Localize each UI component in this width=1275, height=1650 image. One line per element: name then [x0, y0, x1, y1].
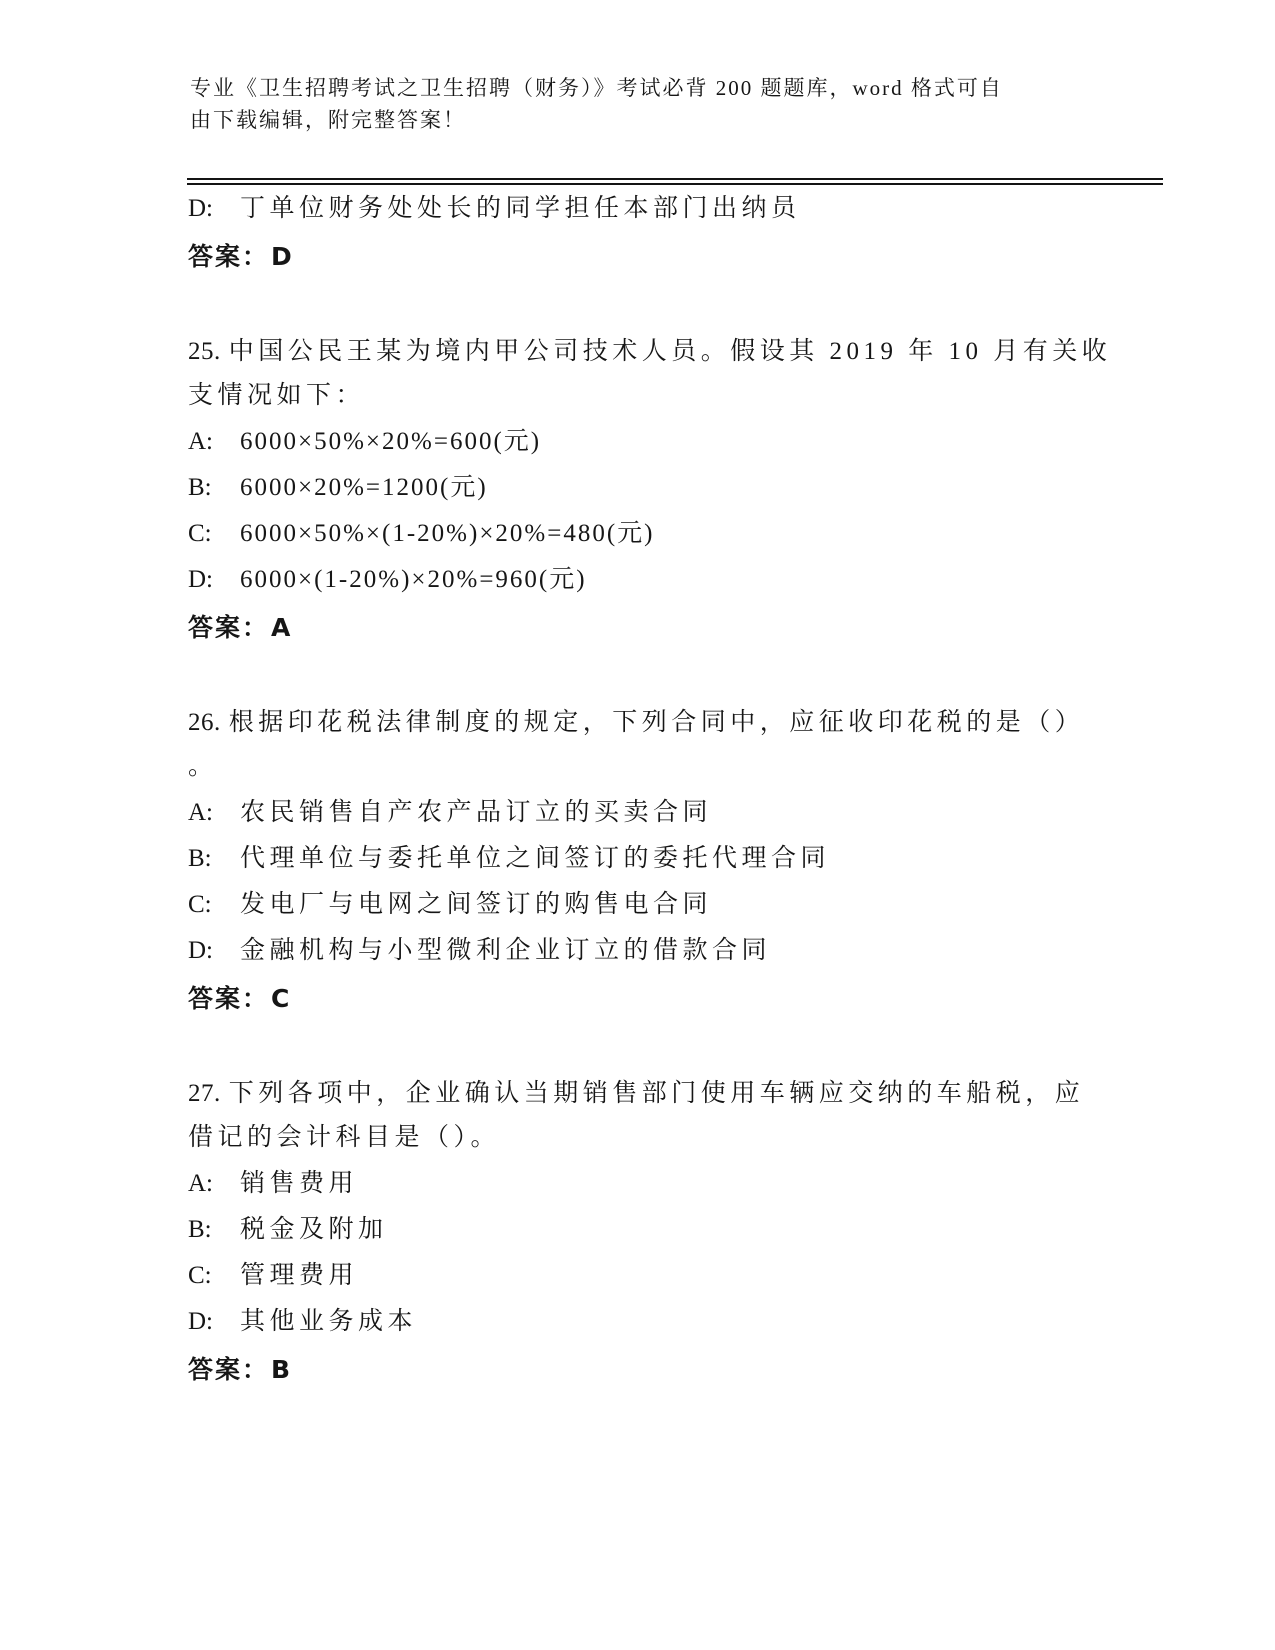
- question-stem-line: 25.中国公民王某为境内甲公司技术人员。假设其 2019 年 10 月有关收: [188, 330, 1164, 374]
- option-line-prev-d: D:丁单位财务处处长的同学担任本部门出纳员: [188, 187, 1164, 231]
- answer-prefix: 答案：: [188, 244, 269, 271]
- answer-line: 答案：B: [188, 1348, 1164, 1393]
- answer-line: 答案：C: [188, 977, 1164, 1022]
- document-body: D:丁单位财务处处长的同学担任本部门出纳员 答案：D 25.中国公民王某为境内甲…: [188, 187, 1164, 1393]
- question-stem-line: 27.下列各项中，企业确认当期销售部门使用车辆应交纳的车船税，应: [188, 1072, 1164, 1116]
- option-text: 金融机构与小型微利企业订立的借款合同: [240, 937, 771, 964]
- question-stem-line: 支情况如下：: [188, 374, 1164, 418]
- option-text: 税金及附加: [240, 1216, 388, 1243]
- option-text: 发电厂与电网之间签订的购售电合同: [240, 891, 712, 918]
- option-label: D:: [188, 1300, 240, 1344]
- option-label: D:: [188, 187, 240, 231]
- question-block-26: 26.根据印花税法律制度的规定，下列合同中，应征收印花税的是（） 。 A:农民销…: [188, 701, 1164, 1022]
- option-text: 农民销售自产农产品订立的买卖合同: [240, 799, 712, 826]
- option-line-d: D:6000×(1-20%)×20%=960(元): [188, 558, 1164, 602]
- question-stem-text: 根据印花税法律制度的规定，下列合同中，应征收印花税的是（）: [229, 709, 1085, 736]
- option-text: 6000×50%×(1-20%)×20%=480(元): [240, 520, 655, 547]
- option-line-c: C:发电厂与电网之间签订的购售电合同: [188, 883, 1164, 927]
- option-label: B:: [188, 466, 240, 510]
- option-label: A:: [188, 420, 240, 464]
- option-text: 销售费用: [240, 1170, 358, 1197]
- answer-prefix: 答案：: [188, 615, 269, 642]
- answer-prefix: 答案：: [188, 986, 269, 1013]
- question-stem-line: 。: [188, 745, 1164, 789]
- option-label: C:: [188, 512, 240, 556]
- option-text: 6000×20%=1200(元): [240, 474, 488, 501]
- question-block-27: 27.下列各项中，企业确认当期销售部门使用车辆应交纳的车船税，应 借记的会计科目…: [188, 1072, 1164, 1393]
- question-stem-line: 借记的会计科目是（）。: [188, 1116, 1164, 1160]
- answer-letter: C: [271, 984, 289, 1013]
- header-divider-rule: [187, 178, 1163, 185]
- option-line-b: B:税金及附加: [188, 1208, 1164, 1252]
- option-label: A:: [188, 791, 240, 835]
- question-number: 25.: [188, 338, 221, 365]
- option-line-d: D:金融机构与小型微利企业订立的借款合同: [188, 929, 1164, 973]
- option-line-a: A:农民销售自产农产品订立的买卖合同: [188, 791, 1164, 835]
- option-label: D:: [188, 558, 240, 602]
- document-page: 专业《卫生招聘考试之卫生招聘（财务）》考试必背 200 题题库，word 格式可…: [0, 0, 1275, 1650]
- option-line-c: C:管理费用: [188, 1254, 1164, 1298]
- answer-letter: A: [271, 613, 290, 642]
- answer-letter: B: [271, 1355, 290, 1384]
- option-text: 代理单位与委托单位之间签订的委托代理合同: [240, 845, 830, 872]
- option-line-a: A:6000×50%×20%=600(元): [188, 420, 1164, 464]
- option-line-b: B:6000×20%=1200(元): [188, 466, 1164, 510]
- question-number: 26.: [188, 709, 221, 736]
- question-stem-text: 下列各项中，企业确认当期销售部门使用车辆应交纳的车船税，应: [229, 1080, 1085, 1107]
- option-label: B:: [188, 1208, 240, 1252]
- answer-prefix: 答案：: [188, 1357, 269, 1384]
- answer-letter: D: [271, 242, 292, 271]
- question-stem-line: 26.根据印花税法律制度的规定，下列合同中，应征收印花税的是（）: [188, 701, 1164, 745]
- question-stem-text: 中国公民王某为境内甲公司技术人员。假设其 2019 年 10 月有关收: [229, 338, 1112, 365]
- question-block-25: 25.中国公民王某为境内甲公司技术人员。假设其 2019 年 10 月有关收 支…: [188, 330, 1164, 651]
- answer-line: 答案：A: [188, 606, 1164, 651]
- option-line-c: C:6000×50%×(1-20%)×20%=480(元): [188, 512, 1164, 556]
- option-text: 6000×50%×20%=600(元): [240, 428, 541, 455]
- option-label: A:: [188, 1162, 240, 1206]
- option-label: B:: [188, 837, 240, 881]
- answer-line-prev: 答案：D: [188, 235, 1164, 280]
- question-number: 27.: [188, 1080, 221, 1107]
- option-label: C:: [188, 1254, 240, 1298]
- option-line-b: B:代理单位与委托单位之间签订的委托代理合同: [188, 837, 1164, 881]
- option-line-d: D:其他业务成本: [188, 1300, 1164, 1344]
- option-label: C:: [188, 883, 240, 927]
- page-header: 专业《卫生招聘考试之卫生招聘（财务）》考试必背 200 题题库，word 格式可…: [190, 0, 1050, 136]
- option-line-a: A:销售费用: [188, 1162, 1164, 1206]
- option-label: D:: [188, 929, 240, 973]
- header-text-line-2: 由下载编辑，附完整答案！: [190, 104, 1050, 136]
- option-text: 其他业务成本: [240, 1308, 417, 1335]
- option-text: 管理费用: [240, 1262, 358, 1289]
- option-text: 6000×(1-20%)×20%=960(元): [240, 566, 587, 593]
- header-text-line-1: 专业《卫生招聘考试之卫生招聘（财务）》考试必背 200 题题库，word 格式可…: [190, 72, 1050, 104]
- option-text: 丁单位财务处处长的同学担任本部门出纳员: [240, 195, 801, 222]
